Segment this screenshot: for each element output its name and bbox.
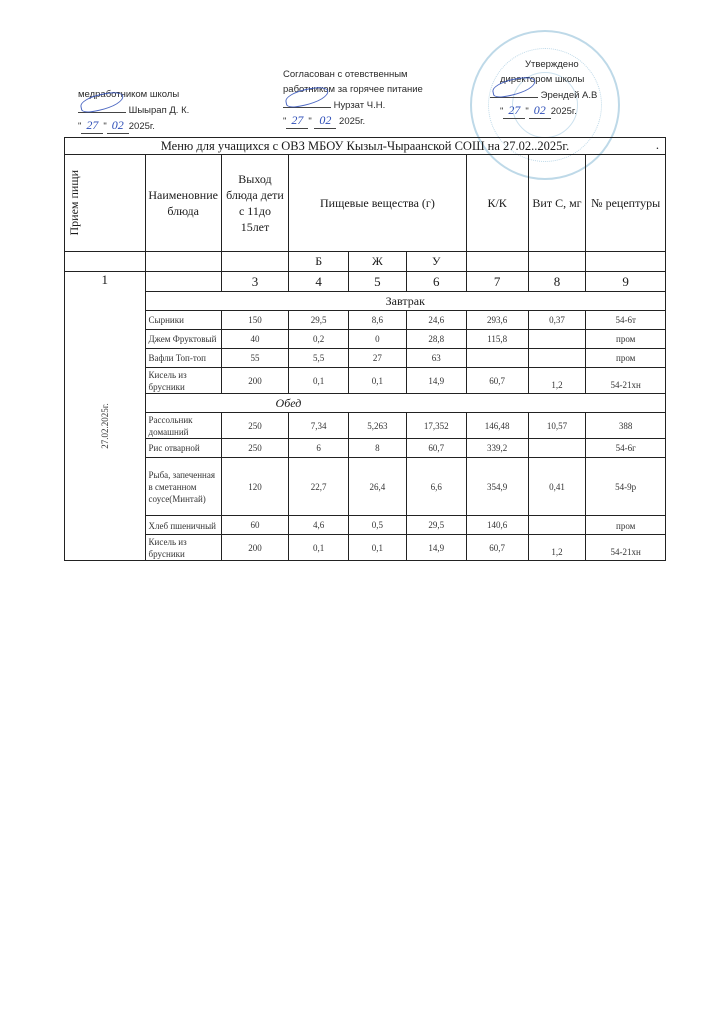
date-cell: 27.02.2025г. — [65, 292, 146, 561]
approver-name: Эрендей А.В — [541, 90, 598, 101]
dish-recipe: пром — [586, 330, 666, 349]
approval-day: 27 — [503, 103, 525, 119]
dish-carbs: 60,7 — [406, 439, 466, 458]
meal-section-title: Завтрак — [145, 292, 665, 311]
column-number: 9 — [586, 272, 666, 292]
dish-carbs: 6,6 — [406, 458, 466, 516]
dish-row: Кисель из брусники2000,10,114,960,71,254… — [65, 368, 666, 394]
dish-yield: 120 — [221, 458, 288, 516]
dish-yield: 60 — [221, 516, 288, 535]
dish-protein: 0,1 — [289, 535, 349, 561]
dish-recipe: пром — [586, 516, 666, 535]
dish-kcal: 293,6 — [466, 311, 528, 330]
dish-name: Кисель из брусники — [145, 535, 221, 561]
menu-table: Меню для учащихся с ОВЗ МБОУ Кызыл-Чыраа… — [64, 137, 666, 561]
subheader-carbs: У — [406, 252, 466, 272]
column-number: 4 — [289, 272, 349, 292]
approval-line1: Согласован с отевственным — [283, 67, 423, 82]
dish-vitamin-c: 1,2 — [528, 368, 586, 394]
dish-recipe: пром — [586, 349, 666, 368]
dish-kcal: 140,6 — [466, 516, 528, 535]
dish-vitamin-c — [528, 330, 586, 349]
dish-row: Сырники15029,58,624,6293,60,3754-6т — [65, 311, 666, 330]
dish-protein: 22,7 — [289, 458, 349, 516]
subheader-fat: Ж — [349, 252, 407, 272]
dish-protein: 7,34 — [289, 413, 349, 439]
dish-fat: 0 — [349, 330, 407, 349]
header-vit-c: Вит С, мг — [528, 155, 586, 252]
dish-recipe: 54-6г — [586, 439, 666, 458]
approval-medical: медработником школы Шыырап Д. К. "27"022… — [78, 87, 189, 134]
signature-icon — [78, 102, 126, 113]
menu-date: 27.02.2025г. — [100, 403, 110, 448]
dish-kcal — [466, 349, 528, 368]
column-number: 8 — [528, 272, 586, 292]
column-number-row: 13456789 — [65, 272, 666, 292]
dish-row: Рис отварной2506860,7339,254-6г — [65, 439, 666, 458]
dish-protein: 29,5 — [289, 311, 349, 330]
dish-name: Сырники — [145, 311, 221, 330]
dish-kcal: 115,8 — [466, 330, 528, 349]
dish-row: Джем Фруктовый400,2028,8115,8пром — [65, 330, 666, 349]
dish-fat: 8 — [349, 439, 407, 458]
signature-icon — [490, 87, 538, 98]
dish-yield: 200 — [221, 535, 288, 561]
dish-protein: 6 — [289, 439, 349, 458]
signature-icon — [283, 97, 331, 108]
dish-fat: 27 — [349, 349, 407, 368]
dish-fat: 5,263 — [349, 413, 407, 439]
dish-kcal: 339,2 — [466, 439, 528, 458]
dish-row: Вафли Топ-топ555,52763пром — [65, 349, 666, 368]
dish-carbs: 14,9 — [406, 368, 466, 394]
dish-yield: 40 — [221, 330, 288, 349]
dish-name: Джем Фруктовый — [145, 330, 221, 349]
subheader-protein: Б — [289, 252, 349, 272]
header-yield: Выход блюда дети с 11до 15лет — [221, 155, 288, 252]
dish-yield: 250 — [221, 413, 288, 439]
column-number: 5 — [349, 272, 407, 292]
column-number — [145, 272, 221, 292]
approver-name: Шыырап Д. К. — [129, 105, 190, 116]
dish-protein: 5,5 — [289, 349, 349, 368]
dish-carbs: 29,5 — [406, 516, 466, 535]
dish-yield: 55 — [221, 349, 288, 368]
dish-row: Рыба, запеченная в сметанном соусе(Минта… — [65, 458, 666, 516]
dish-fat: 8,6 — [349, 311, 407, 330]
dish-kcal: 60,7 — [466, 368, 528, 394]
dish-carbs: 63 — [406, 349, 466, 368]
dish-name: Рис отварной — [145, 439, 221, 458]
dish-recipe: 54-6т — [586, 311, 666, 330]
approval-year: 2025г. — [129, 121, 155, 132]
meal-section-row: 27.02.2025г.Завтрак — [65, 292, 666, 311]
dish-carbs: 24,6 — [406, 311, 466, 330]
dish-carbs: 14,9 — [406, 535, 466, 561]
approval-line1: Утверждено — [490, 57, 670, 72]
header-recipe: № рецептуры — [586, 155, 666, 252]
approval-day: 27 — [286, 113, 308, 129]
approval-year: 2025г. — [339, 116, 365, 127]
header-nutrients: Пищевые вещества (г) — [289, 155, 466, 252]
dish-name: Вафли Топ-топ — [145, 349, 221, 368]
dish-recipe: 54-21хн — [586, 368, 666, 394]
dish-protein: 0,1 — [289, 368, 349, 394]
dish-vitamin-c: 1,2 — [528, 535, 586, 561]
approval-month: 02 — [107, 118, 129, 134]
approval-month: 02 — [529, 103, 551, 119]
dish-recipe: 54-21хн — [586, 535, 666, 561]
dish-vitamin-c — [528, 349, 586, 368]
dish-protein: 4,6 — [289, 516, 349, 535]
dish-kcal: 354,9 — [466, 458, 528, 516]
column-number: 1 — [65, 272, 146, 292]
header-dish-name: Наименовние блюда — [145, 155, 221, 252]
dish-yield: 250 — [221, 439, 288, 458]
dish-row: Рассольник домашний2507,345,26317,352146… — [65, 413, 666, 439]
dish-fat: 0,1 — [349, 368, 407, 394]
dish-kcal: 146,48 — [466, 413, 528, 439]
dish-carbs: 17,352 — [406, 413, 466, 439]
dish-yield: 200 — [221, 368, 288, 394]
dish-kcal: 60,7 — [466, 535, 528, 561]
column-number: 3 — [221, 272, 288, 292]
approval-day: 27 — [81, 118, 103, 134]
dish-fat: 26,4 — [349, 458, 407, 516]
dish-fat: 0,1 — [349, 535, 407, 561]
approval-catering: Согласован с отевственным работником за … — [283, 67, 423, 129]
dish-name: Рассольник домашний — [145, 413, 221, 439]
approval-director: Утверждено директором школы Эрендей А.В … — [490, 57, 670, 119]
header-meal: Прием пищи — [65, 155, 146, 252]
menu-title: Меню для учащихся с ОВЗ МБОУ Кызыл-Чыраа… — [65, 138, 666, 155]
approver-name: Нурзат Ч.Н. — [334, 100, 386, 111]
dish-row: Кисель из брусники2000,10,114,960,71,254… — [65, 535, 666, 561]
dish-vitamin-c — [528, 439, 586, 458]
meal-section-title: Обед — [145, 394, 665, 413]
dish-vitamin-c: 10,57 — [528, 413, 586, 439]
dish-carbs: 28,8 — [406, 330, 466, 349]
dish-vitamin-c — [528, 516, 586, 535]
approval-month: 02 — [314, 113, 336, 129]
header-kcal: К/К — [466, 155, 528, 252]
dish-protein: 0,2 — [289, 330, 349, 349]
approval-year: 2025г. — [551, 106, 577, 117]
dish-vitamin-c: 0,41 — [528, 458, 586, 516]
dish-name: Хлеб пшеничный — [145, 516, 221, 535]
column-number: 7 — [466, 272, 528, 292]
meal-section-row: Обед — [65, 394, 666, 413]
dish-yield: 150 — [221, 311, 288, 330]
dish-recipe: 54-9р — [586, 458, 666, 516]
dish-fat: 0,5 — [349, 516, 407, 535]
dish-name: Кисель из брусники — [145, 368, 221, 394]
dish-vitamin-c: 0,37 — [528, 311, 586, 330]
column-number: 6 — [406, 272, 466, 292]
dish-recipe: 388 — [586, 413, 666, 439]
dish-row: Хлеб пшеничный604,60,529,5140,6пром — [65, 516, 666, 535]
dish-name: Рыба, запеченная в сметанном соусе(Минта… — [145, 458, 221, 516]
